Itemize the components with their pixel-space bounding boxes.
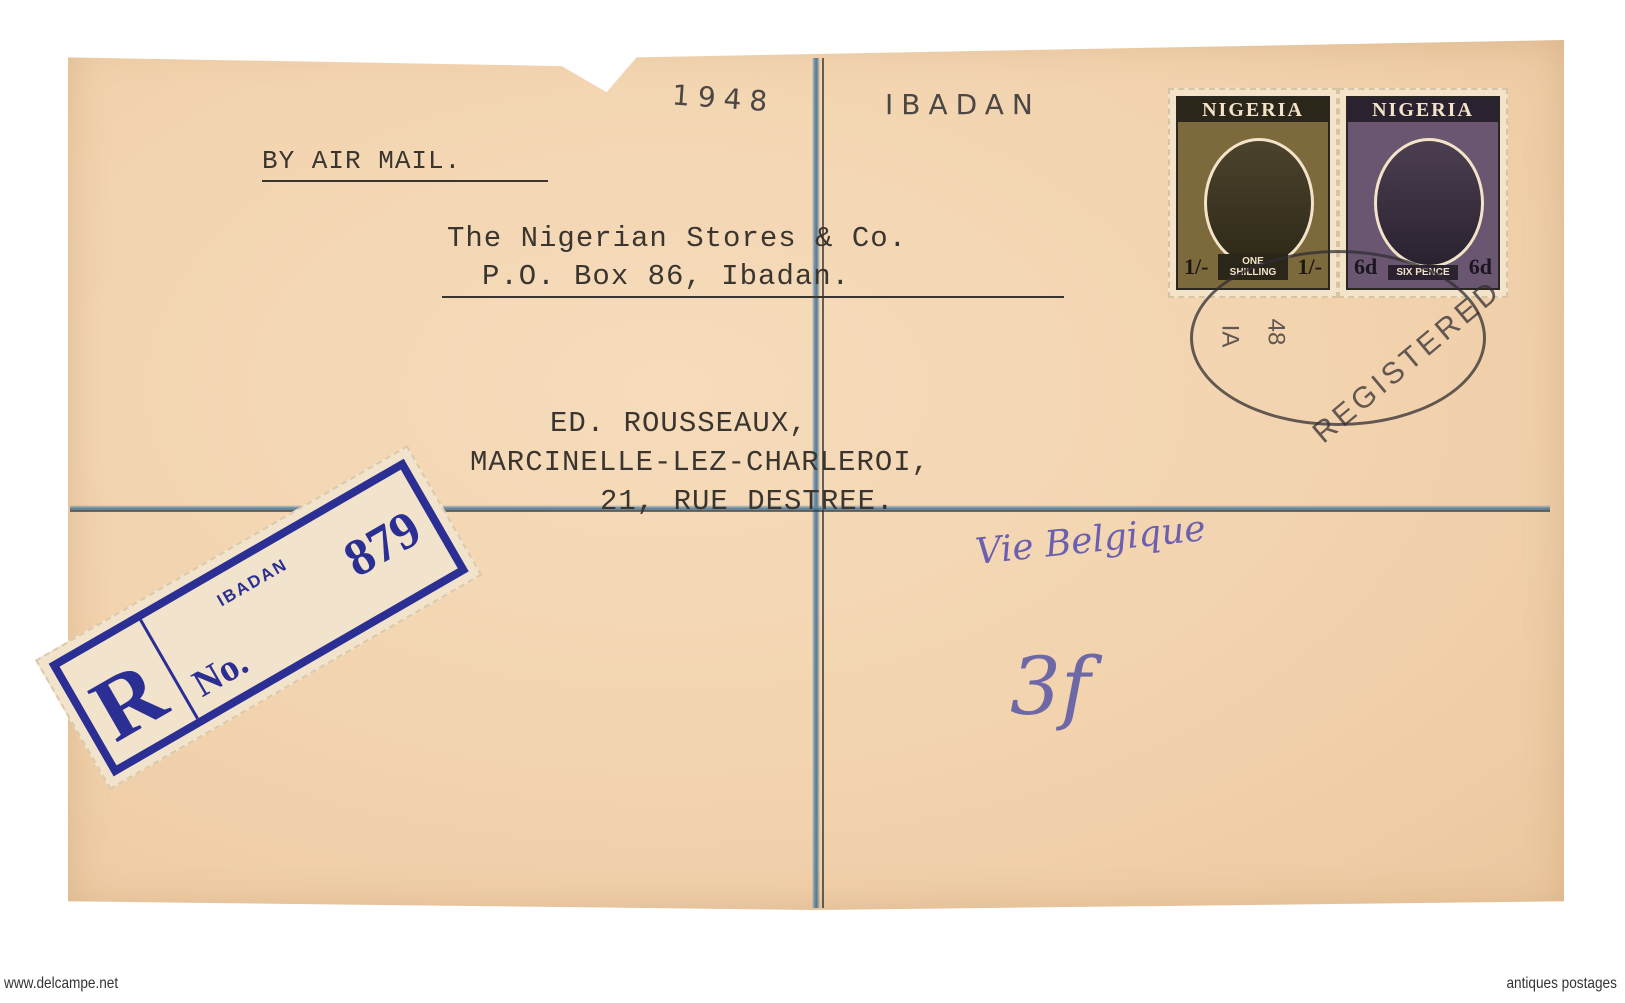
stamp-value-left: 1/-: [1184, 254, 1208, 280]
sender-line-1: The Nigerian Stores & Co.: [447, 222, 907, 255]
recipient-line-1: ED. ROUSSEAUX,: [550, 407, 808, 440]
postmark-date: 48: [1261, 319, 1289, 346]
king-portrait-icon: [1204, 138, 1314, 268]
registration-line-vertical: [822, 58, 824, 908]
pencil-city: IBADAN: [885, 88, 1041, 121]
recipient-line-2: MARCINELLE-LEZ-CHARLEROI,: [470, 446, 930, 479]
recipient-line-3: 21, RUE DESTREE.: [600, 485, 894, 518]
registration-no-label: No.: [185, 640, 255, 706]
registration-number: 879: [334, 499, 431, 589]
sender-underline: [442, 296, 1064, 298]
airmail-label: BY AIR MAIL.: [262, 146, 461, 176]
footer-site: www.delcampe.net: [4, 975, 118, 993]
postmark-fragment: IA: [1215, 325, 1243, 348]
stamp-country: NIGERIA: [1348, 98, 1498, 122]
king-portrait-icon: [1374, 138, 1484, 268]
pencil-year: 1948: [671, 78, 776, 118]
registration-crayon-vertical: [812, 58, 820, 908]
handwritten-mark: 3f: [1010, 640, 1091, 733]
airmail-underline: [262, 180, 548, 182]
sender-line-2: P.O. Box 86, Ibadan.: [482, 260, 850, 293]
footer-seller: antiques postages: [1507, 975, 1617, 993]
stamp-country: NIGERIA: [1178, 98, 1328, 122]
registration-office: IBADAN: [214, 555, 292, 611]
